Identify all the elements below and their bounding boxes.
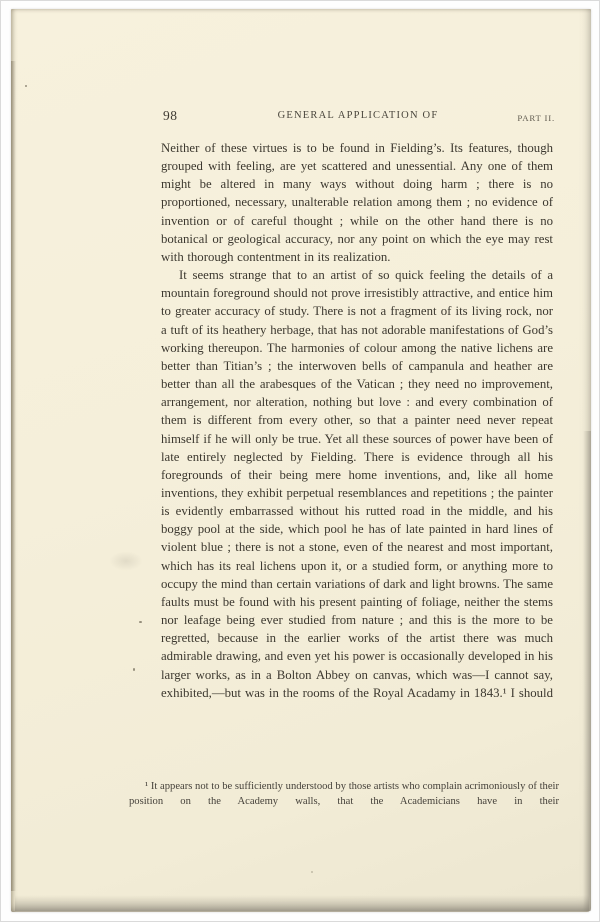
footnote-text: ¹ It appears not to be sufficiently unde… <box>129 779 559 810</box>
ink-speck <box>311 871 313 873</box>
part-label: PART II. <box>517 113 555 123</box>
body-text: Neither of these virtues is to be found … <box>161 139 553 702</box>
ink-speck <box>133 668 135 671</box>
ink-speck <box>139 621 142 623</box>
page-header: 98 GENERAL APPLICATION OF PART II. <box>161 108 555 128</box>
paragraph: Neither of these virtues is to be found … <box>161 139 553 266</box>
paragraph: It seems strange that to an artist of so… <box>161 266 553 702</box>
book-page: 98 GENERAL APPLICATION OF PART II. Neith… <box>11 9 591 912</box>
scan-smudge <box>109 551 143 571</box>
footnote: ¹ It appears not to be sufficiently unde… <box>129 779 559 810</box>
scan-background: 98 GENERAL APPLICATION OF PART II. Neith… <box>0 0 600 922</box>
running-header: GENERAL APPLICATION OF <box>161 110 555 121</box>
